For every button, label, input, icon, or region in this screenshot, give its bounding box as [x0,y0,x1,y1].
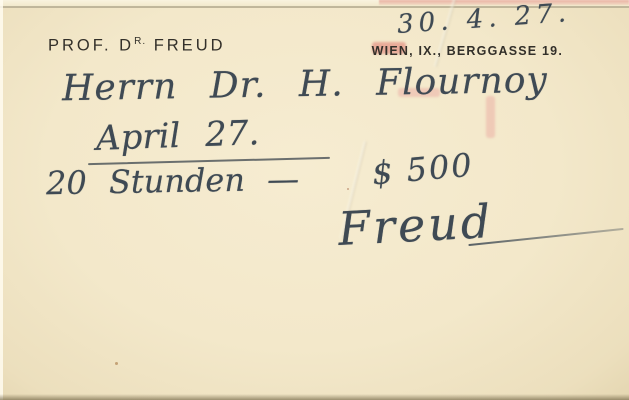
handwritten-signature: Freud [337,194,495,256]
red-stamp-mark [486,96,495,138]
paper-speck [115,362,118,365]
paper-speck [347,188,349,190]
handwritten-recipient-line: Herrn Dr. H. Flournoy [62,60,548,109]
letterhead-address: WIEN, IX., BERGGASSE 19. [372,44,563,58]
handwritten-date-line: April 27. [95,113,259,159]
letterhead-name: PROF. DR. FREUD [48,36,226,56]
letterhead-name-superscript: R. [134,36,146,47]
handwritten-quantity-line: 20 Stunden — [46,160,300,202]
card-left-edge [0,0,3,400]
letterhead-name-part2: FREUD [154,37,226,55]
letterhead-name-part1: PROF. D [48,37,134,55]
handwritten-amount: $ 500 [371,146,476,193]
card-bottom-edge [0,394,629,400]
scanned-receipt-card: PROF. DR. FREUD WIEN, IX., BERGGASSE 19.… [0,0,629,400]
